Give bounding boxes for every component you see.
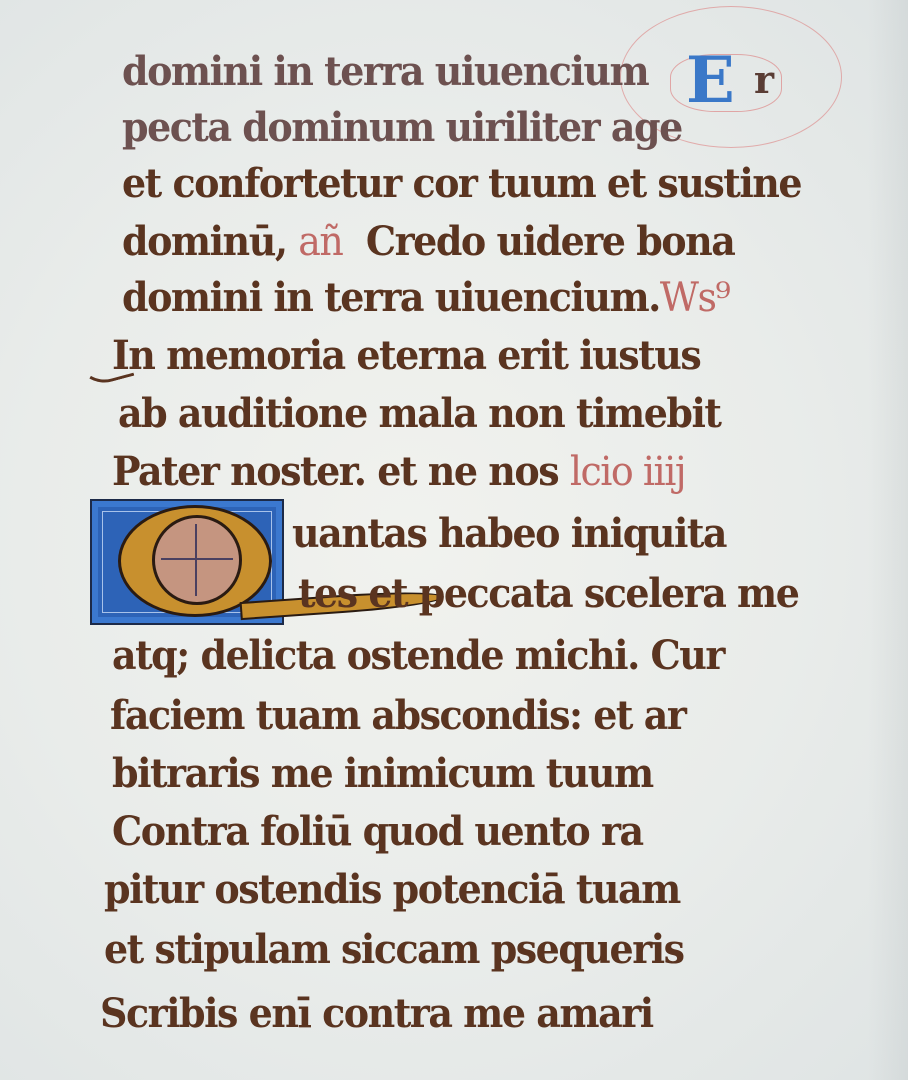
manuscript-page: E r domini in terra uiuencium pecta domi… [0,0,908,1080]
text-line-12: faciem tuam abscondis: et ar [110,692,685,738]
patterned-core [152,515,242,605]
decorated-initial-q [90,497,290,625]
text-line-2: pecta dominum uiriliter age [122,104,682,150]
text-line-15: pitur ostendis potenciā tuam [104,866,680,912]
text-line-6: In memoria eterna erit iustus [112,332,700,378]
text-line-11: atq; delicta ostende michi. Cur [112,632,724,678]
text-line-16: et stipulam siccam psequeris [104,926,684,972]
text-line-7: ab auditione mala non timebit [118,390,720,436]
rubric-lectio: lcio iiij [570,448,685,494]
text-line-10: tes et peccata scelera me [298,570,798,616]
text-line-4: dominū, añ Credo uidere bona [122,218,734,264]
text-line-3: et confortetur cor tuum et sustine [122,160,801,206]
text-line-1: domini in terra uiuencium [122,48,648,94]
page-edge-shadow [868,0,908,1080]
rubric-antiphon: añ [298,218,342,264]
text-line-17: Scribis enī contra me amari [100,990,653,1036]
blue-initial-e: E r [680,46,780,116]
text-line-9: uantas habeo iniquita [292,510,726,556]
text-line-8: Pater noster. et ne nos lcio iiij [112,448,685,494]
initial-following-letter: r [754,58,774,102]
initial-letter: E [686,46,735,116]
text-line-14: Contra foliū quod uento ra [112,808,643,854]
text-line-13: bitraris me inimicum tuum [112,750,653,796]
rubric-versus: Ws⁹ [660,274,729,320]
text-line-5: domini in terra uiuencium.Ws⁹ [122,274,729,320]
